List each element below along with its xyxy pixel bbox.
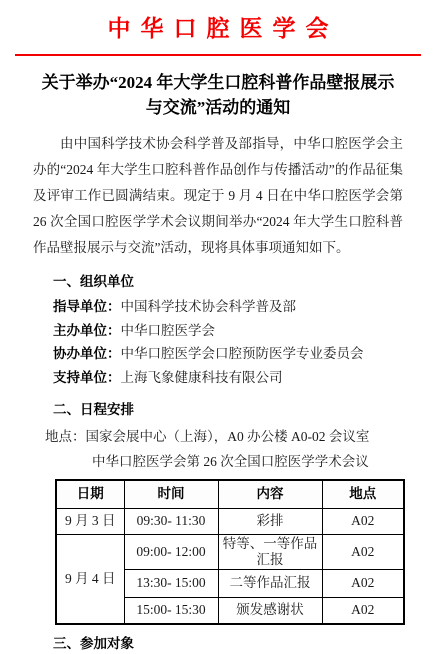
organizer-value: 上海飞象健康科技有限公司	[121, 370, 283, 385]
organizer-value: 中国科学技术协会科学普及部	[121, 299, 297, 314]
cell-time: 09:30- 11:30	[124, 508, 218, 534]
cell-content: 二等作品汇报	[218, 569, 322, 597]
schedule-header-date: 日期	[56, 480, 124, 508]
organizer-value: 中华口腔医学会口腔预防医学专业委员会	[121, 346, 364, 361]
cell-venue: A02	[322, 508, 404, 534]
schedule-table: 日期 时间 内容 地点 9 月 3 日 09:30- 11:30 彩排 A02 …	[55, 479, 405, 625]
cell-venue: A02	[322, 534, 404, 569]
cell-venue: A02	[322, 569, 404, 597]
cell-date: 9 月 3 日	[56, 508, 124, 534]
organizer-item-cohost: 协办单位：中华口腔医学会口腔预防医学专业委员会	[53, 342, 436, 366]
organizer-list: 指导单位：中国科学技术协会科学普及部 主办单位：中华口腔医学会 协办单位：中华口…	[0, 295, 436, 389]
organizer-label: 协办单位：	[53, 346, 121, 361]
schedule-header-venue: 地点	[322, 480, 404, 508]
section-heading-schedule: 二、日程安排	[53, 397, 436, 422]
notice-document-page: 中华口腔医学会 关于举办“2024 年大学生口腔科普作品壁报展示 与交流”活动的…	[0, 0, 436, 654]
schedule-header-time: 时间	[124, 480, 218, 508]
table-row: 9 月 4 日 09:00- 12:00 特等、一等作品汇报 A02	[56, 534, 404, 569]
cell-content: 特等、一等作品汇报	[218, 534, 322, 569]
schedule-header-content: 内容	[218, 480, 322, 508]
schedule-location-line-2: 中华口腔医学会第 26 次全国口腔医学学术会议	[45, 449, 436, 474]
cell-date-merged: 9 月 4 日	[56, 534, 124, 624]
organizer-label: 指导单位：	[53, 299, 121, 314]
letterhead-org-name: 中华口腔医学会	[0, 14, 436, 44]
intro-paragraph: 由中国科学技术协会科学普及部指导，中华口腔医学会主办的“2024 年大学生口腔科…	[33, 131, 403, 261]
document-title-line-1: 关于举办“2024 年大学生口腔科普作品壁报展示	[0, 70, 436, 95]
cell-time: 13:30- 15:00	[124, 569, 218, 597]
organizer-label: 主办单位：	[53, 323, 121, 338]
schedule-table-header-row: 日期 时间 内容 地点	[56, 480, 404, 508]
organizer-item-support: 支持单位：上海飞象健康科技有限公司	[53, 366, 436, 390]
cell-time: 15:00- 15:30	[124, 597, 218, 624]
document-title-line-2: 与交流”活动的通知	[0, 95, 436, 120]
table-row: 9 月 3 日 09:30- 11:30 彩排 A02	[56, 508, 404, 534]
document-title: 关于举办“2024 年大学生口腔科普作品壁报展示 与交流”活动的通知	[0, 70, 436, 120]
organizer-item-host: 主办单位：中华口腔医学会	[53, 319, 436, 343]
cell-content: 颁发感谢状	[218, 597, 322, 624]
schedule-location: 地点：国家会展中心（上海），A0 办公楼 A0-02 会议室 中华口腔医学会第 …	[45, 424, 436, 474]
organizer-item-guidance: 指导单位：中国科学技术协会科学普及部	[53, 295, 436, 319]
organizer-label: 支持单位：	[53, 370, 121, 385]
location-label: 地点：	[45, 429, 86, 444]
section-heading-organizers: 一、组织单位	[53, 269, 436, 294]
letterhead-divider	[15, 54, 421, 56]
section-heading-participants: 三、参加对象	[53, 631, 436, 654]
cell-venue: A02	[322, 597, 404, 624]
schedule-location-line-1: 地点：国家会展中心（上海），A0 办公楼 A0-02 会议室	[45, 424, 436, 449]
cell-time: 09:00- 12:00	[124, 534, 218, 569]
cell-content: 彩排	[218, 508, 322, 534]
organizer-value: 中华口腔医学会	[121, 323, 216, 338]
location-venue: 国家会展中心（上海），A0 办公楼 A0-02 会议室	[86, 429, 370, 444]
